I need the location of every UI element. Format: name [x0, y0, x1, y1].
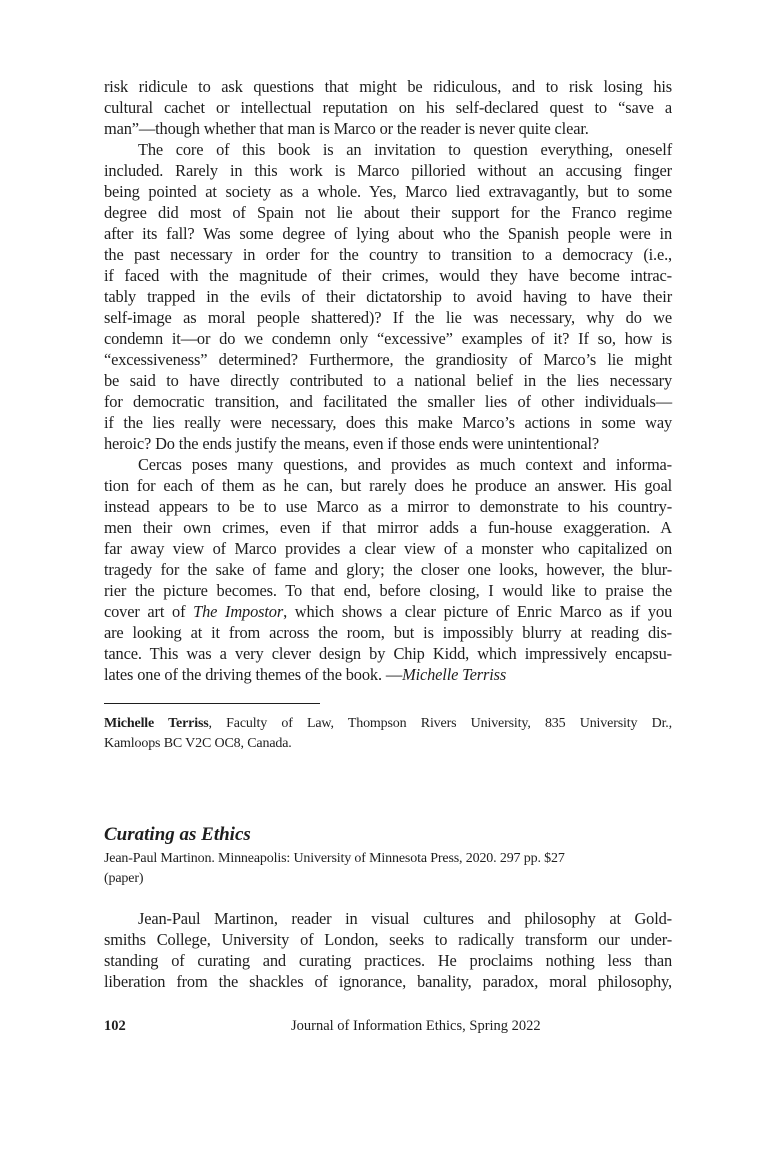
- text-line: smiths College, University of London, se…: [104, 929, 672, 950]
- paragraph-start-line: The core of this book is an invitation t…: [104, 139, 672, 160]
- paragraph-start-line: Cercas poses many questions, and provide…: [104, 454, 672, 475]
- text-line: lates one of the driving themes of the b…: [104, 664, 672, 685]
- review-body-2: Jean-Paul Martinon, reader in visual cul…: [104, 908, 672, 992]
- text-line: degree did most of Spain not lie about t…: [104, 202, 672, 223]
- author-affiliation: Michelle Terriss, Faculty of Law, Thomps…: [104, 714, 672, 754]
- text-line: self-image as moral people shattered)? I…: [104, 307, 672, 328]
- text-line: tably trapped in the evils of their dict…: [104, 286, 672, 307]
- text-line: cultural cachet or intellectual reputati…: [104, 97, 672, 118]
- review-title: Curating as Ethics: [104, 823, 251, 847]
- page-number: 102: [104, 1016, 126, 1036]
- text-line: “excessiveness” determined? Furthermore,…: [104, 349, 672, 370]
- text-line: being pointed at society as a whole. Yes…: [104, 181, 672, 202]
- text-line: be said to have directly contributed to …: [104, 370, 672, 391]
- text-line: if the lies really were necessary, does …: [104, 412, 672, 433]
- text-line: instead appears to be to use Marco as a …: [104, 496, 672, 517]
- book-title: The Impostor: [193, 602, 283, 621]
- citation-line: Jean-Paul Martinon. Minneapolis: Univers…: [104, 849, 672, 869]
- text-line: are looking at it from across the room, …: [104, 622, 672, 643]
- text-line: tragedy for the sake of fame and glory; …: [104, 559, 672, 580]
- affiliation-line: Kamloops BC V2C OC8, Canada.: [104, 734, 672, 754]
- journal-running-footer: Journal of Information Ethics, Spring 20…: [291, 1016, 541, 1036]
- text-line: for democratic transition, and facilitat…: [104, 391, 672, 412]
- text-line: tion for each of them as he can, but rar…: [104, 475, 672, 496]
- text-line: standing of curating and curating practi…: [104, 950, 672, 971]
- footnote-divider: [104, 703, 320, 704]
- book-citation: Jean-Paul Martinon. Minneapolis: Univers…: [104, 849, 672, 889]
- text-line: men their own crimes, even if that mirro…: [104, 517, 672, 538]
- paragraph-start-line: Jean-Paul Martinon, reader in visual cul…: [104, 908, 672, 929]
- text-line: man”—though whether that man is Marco or…: [104, 118, 672, 139]
- affiliation-line: Michelle Terriss, Faculty of Law, Thomps…: [104, 714, 672, 734]
- reviewer-name: Michelle Terriss: [104, 716, 209, 731]
- text-line: the past necessary in order for the coun…: [104, 244, 672, 265]
- reviewer-signature: Michelle Terriss: [402, 665, 506, 684]
- citation-line: (paper): [104, 869, 672, 889]
- text-line: heroic? Do the ends justify the means, e…: [104, 433, 672, 454]
- text-line: liberation from the shackles of ignoranc…: [104, 971, 672, 992]
- text-line: far away view of Marco provides a clear …: [104, 538, 672, 559]
- text-line: tance. This was a very clever design by …: [104, 643, 672, 664]
- text-line: cover art of The Impostor, which shows a…: [104, 601, 672, 622]
- text-line: included. Rarely in this work is Marco p…: [104, 160, 672, 181]
- text-line: rier the picture becomes. To that end, b…: [104, 580, 672, 601]
- text-line: risk ridicule to ask questions that migh…: [104, 76, 672, 97]
- text-line: after its fall? Was some degree of lying…: [104, 223, 672, 244]
- review-body: risk ridicule to ask questions that migh…: [104, 76, 672, 685]
- text-line: if faced with the magnitude of their cri…: [104, 265, 672, 286]
- text-line: condemn it—or do we condemn only “excess…: [104, 328, 672, 349]
